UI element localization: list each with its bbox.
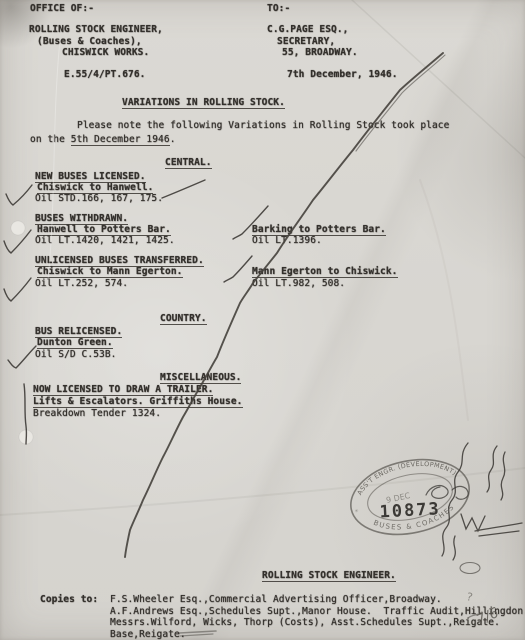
stock-line: Oil LT.1420, 1421, 1425.: [35, 235, 175, 246]
stamp-asterisk-icon: ✳: [354, 507, 359, 515]
copies-to-label: Copies to:: [40, 594, 98, 605]
office-line-2: (Buses & Coaches),: [37, 36, 142, 47]
margin-vertical-mark: [24, 384, 26, 444]
section-heading-miscellaneous: MISCELLANEOUS.: [160, 372, 241, 383]
office-of-label: OFFICE OF:-: [30, 3, 94, 14]
svg-text:BUSES & COACHES: BUSES & COACHES: [371, 502, 459, 539]
copies-line: A.F.Andrews Esq.,Schedules Supt.,Manor H…: [110, 606, 525, 617]
copies-line: Base,Reigate.: [110, 629, 186, 640]
check-mark: [6, 185, 32, 205]
stamp-arc-bottom-text: BUSES & COACHES: [371, 502, 459, 539]
letter-date: 7th December, 1946.: [287, 69, 398, 80]
check-mark: [4, 278, 31, 301]
check-mark: [4, 230, 31, 253]
copies-line: Messrs.Wilford, Wicks, Thorp (Costs), As…: [110, 617, 500, 628]
group-title: NEW BUSES LICENSED.: [35, 171, 146, 182]
group-title: BUSES WITHDRAWN.: [35, 213, 128, 224]
intro-line-2: on the 5th December 1946.: [30, 134, 176, 145]
recipient-line-1: C.G.PAGE ESQ.,: [267, 24, 348, 35]
signature-scribble: [442, 443, 522, 574]
punch-hole: [11, 221, 25, 235]
letter-document: OFFICE OF:- TO:- ROLLING STOCK ENGINEER,…: [0, 0, 525, 640]
office-line-1: ROLLING STOCK ENGINEER,: [29, 24, 163, 35]
signature-title: ROLLING STOCK ENGINEER.: [262, 570, 396, 581]
check-mark: [224, 256, 252, 282]
svg-text:ASS'T ENGR. (DEVELOPMENT): ASS'T ENGR. (DEVELOPMENT): [351, 451, 459, 498]
initials-scribble: [426, 486, 468, 500]
signature-w-mark: [461, 514, 485, 531]
group-title: UNLICENSED BUSES TRANSFERRED.: [35, 255, 204, 266]
route-line: Chiswick to Mann Egerton.: [37, 266, 183, 277]
punch-hole: [19, 430, 33, 444]
recipient-line-2: SECRETARY,: [277, 36, 335, 47]
route-line: Dunton Green.: [37, 337, 113, 348]
check-mark: [8, 346, 36, 368]
handwritten-annotations: ASS'T ENGR. (DEVELOPMENT) BUSES & COACHE…: [0, 0, 525, 640]
stock-line: Oil LT.1396.: [252, 235, 322, 246]
tick-slash: [162, 180, 205, 198]
route-line: Hanwell to Potters Bar.: [37, 224, 171, 235]
office-line-3: CHISWICK WORKS.: [62, 47, 149, 58]
pencil-query-mark: ?: [465, 590, 474, 604]
reference-number: E.55/4/PT.676.: [64, 69, 145, 80]
document-title: VARIATIONS IN ROLLING STOCK.: [122, 97, 285, 108]
copies-line: F.S.Wheeler Esq.,Commercial Advertising …: [110, 594, 442, 605]
effective-date: 5th December 1946: [71, 134, 170, 146]
group-title: BUS RELICENSED.: [35, 326, 122, 337]
section-heading-central: CENTRAL.: [165, 157, 212, 168]
section-heading-country: COUNTRY.: [160, 313, 207, 324]
recipient-line-3: 55, BROADWAY.: [282, 47, 358, 58]
group-title: NOW LICENSED TO DRAW A TRAILER.: [33, 384, 213, 395]
stock-line: Breakdown Tender 1324.: [33, 408, 161, 419]
stock-line: Oil LT.252, 574.: [35, 278, 128, 289]
stock-line: Oil STD.166, 167, 175.: [35, 193, 163, 204]
route-line: Chiswick to Hanwell.: [37, 182, 153, 193]
route-line: Barking to Potters Bar.: [252, 224, 386, 235]
stamp-serial-number: 10873: [379, 499, 441, 522]
route-line: Lifts & Escalators. Griffiths House.: [33, 396, 243, 407]
intro-line-1: Please note the following Variations in …: [77, 120, 449, 131]
route-line: Mann Egerton to Chiswick.: [252, 266, 398, 277]
to-label: TO:-: [267, 3, 290, 14]
stock-line: Oil S/D C.53B.: [35, 349, 116, 360]
office-stamp: ASS'T ENGR. (DEVELOPMENT) BUSES & COACHE…: [344, 449, 476, 544]
stock-line: Oil LT.982, 508.: [252, 278, 345, 289]
stamp-date: 9 DEC: [385, 491, 411, 505]
stamp-arc-top-text: ASS'T ENGR. (DEVELOPMENT): [351, 451, 459, 498]
